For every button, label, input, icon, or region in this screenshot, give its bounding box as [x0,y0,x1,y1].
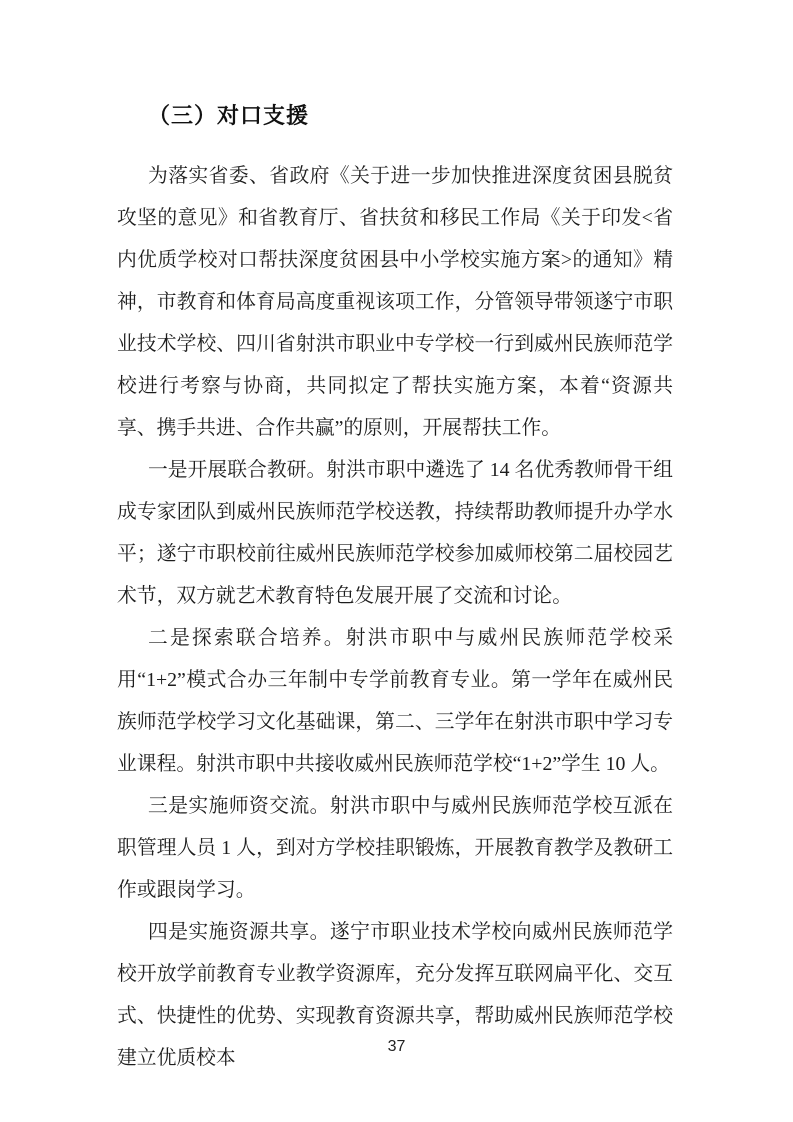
page-number: 37 [0,1038,793,1056]
paragraph: 一是开展联合教研。射洪市职中遴选了 14 名优秀教师骨干组成专家团队到威州民族师… [117,449,673,617]
paragraph: 二是探索联合培养。射洪市职中与威州民族师范学校采用“1+2”模式合办三年制中专学… [117,617,673,785]
paragraph: 为落实省委、省政府《关于进一步加快推进深度贫困县脱贫攻坚的意见》和省教育厅、省扶… [117,155,673,449]
document-page: （三）对口支援 为落实省委、省政府《关于进一步加快推进深度贫困县脱贫攻坚的意见》… [0,0,793,1122]
paragraph: 三是实施师资交流。射洪市职中与威州民族师范学校互派在职管理人员 1 人，到对方学… [117,785,673,911]
document-body: 为落实省委、省政府《关于进一步加快推进深度贫困县脱贫攻坚的意见》和省教育厅、省扶… [117,155,673,1079]
section-heading: （三）对口支援 [117,101,673,131]
